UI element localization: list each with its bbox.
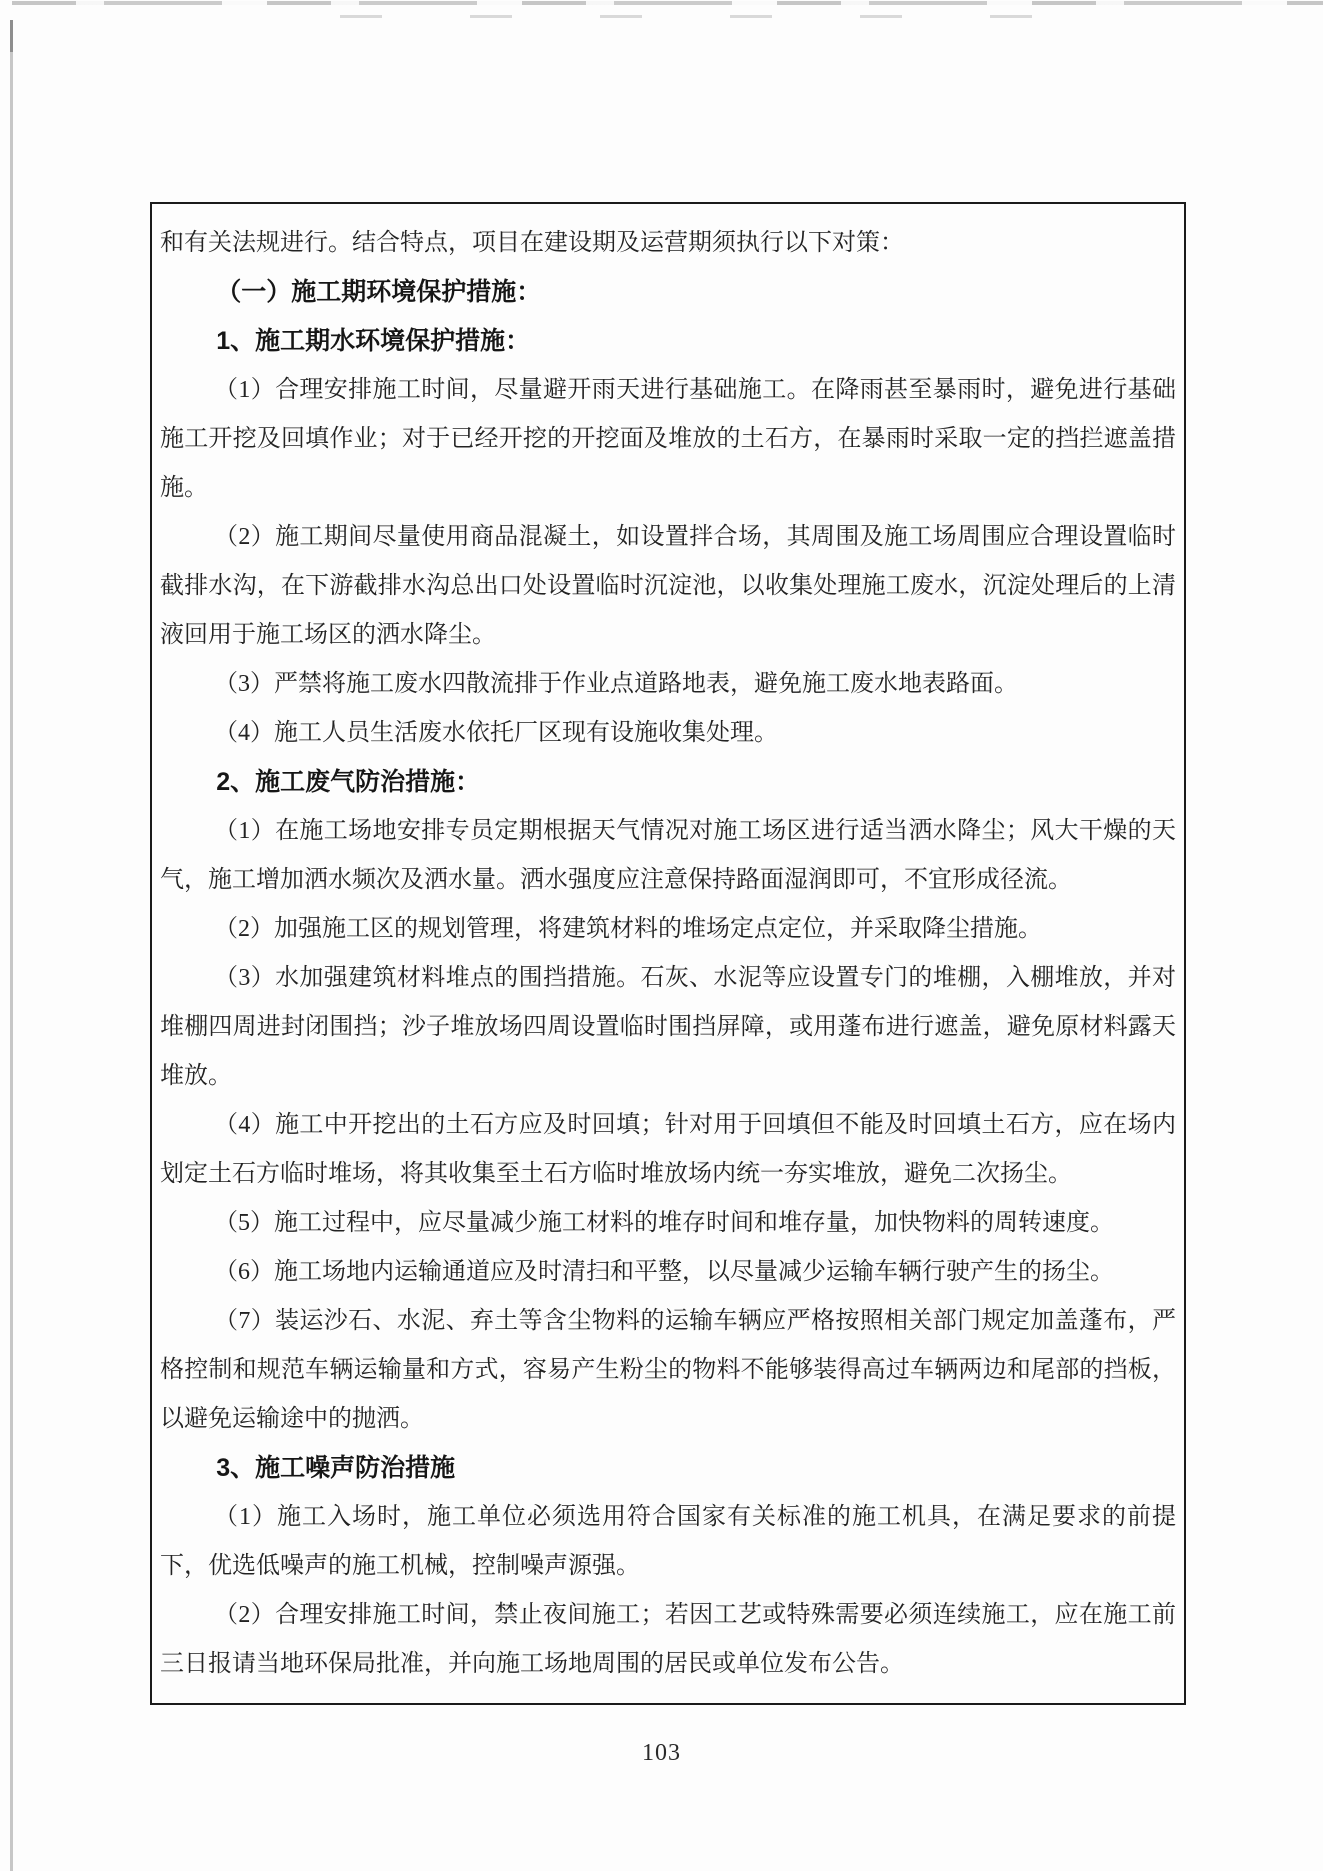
page-number: 103 [0,1740,1323,1767]
paragraph: （4）施工中开挖出的土石方应及时回填；针对用于回填但不能及时回填土石方，应在场内… [160,1101,1176,1199]
paragraph: （1）施工入场时，施工单位必须选用符合国家有关标准的施工机具，在满足要求的前提下… [160,1493,1176,1591]
scan-artifact-left-edge-line [10,20,13,1871]
paragraph: （1）合理安排施工时间，尽量避开雨天进行基础施工。在降雨甚至暴雨时，避免进行基础… [160,366,1176,513]
section-heading: （一）施工期环境保护措施： [160,268,1176,317]
scan-artifact-top-dashes-2 [340,15,1100,18]
paragraph: （3）严禁将施工废水四散流排于作业点道路地表，避免施工废水地表路面。 [160,660,1176,709]
paragraph: （5）施工过程中，应尽量减少施工材料的堆存时间和堆存量，加快物料的周转速度。 [160,1199,1176,1248]
paragraph: （2）施工期间尽量使用商品混凝土，如设置拌合场，其周围及施工场周围应合理设置临时… [160,513,1176,660]
paragraph-list: 和有关法规进行。结合特点，项目在建设期及运营期须执行以下对策：（一）施工期环境保… [160,219,1176,1689]
paragraph: （2）合理安排施工时间，禁止夜间施工；若因工艺或特殊需要必须连续施工，应在施工前… [160,1591,1176,1689]
content-box: 和有关法规进行。结合特点，项目在建设期及运营期须执行以下对策：（一）施工期环境保… [150,202,1186,1705]
paragraph: （3）水加强建筑材料堆点的围挡措施。石灰、水泥等应设置专门的堆棚，入棚堆放，并对… [160,954,1176,1101]
scan-artifact-top-dashes [12,1,1323,5]
section-heading: 2、施工废气防治措施： [160,758,1176,807]
paragraph: （1）在施工场地安排专员定期根据天气情况对施工场区进行适当洒水降尘；风大干燥的天… [160,807,1176,905]
paragraph: （4）施工人员生活废水依托厂区现有设施收集处理。 [160,709,1176,758]
paragraph: （7）装运沙石、水泥、弃土等含尘物料的运输车辆应严格按照相关部门规定加盖蓬布，严… [160,1297,1176,1444]
scanned-document-page: { "page": { "number": "103" }, "content_… [0,0,1323,1871]
section-heading: 1、施工期水环境保护措施： [160,317,1176,366]
paragraph: （2）加强施工区的规划管理，将建筑材料的堆场定点定位，并采取降尘措施。 [160,905,1176,954]
paragraph: 和有关法规进行。结合特点，项目在建设期及运营期须执行以下对策： [160,219,1176,268]
paragraph: （6）施工场地内运输通道应及时清扫和平整，以尽量减少运输车辆行驶产生的扬尘。 [160,1248,1176,1297]
section-heading: 3、施工噪声防治措施 [160,1444,1176,1493]
